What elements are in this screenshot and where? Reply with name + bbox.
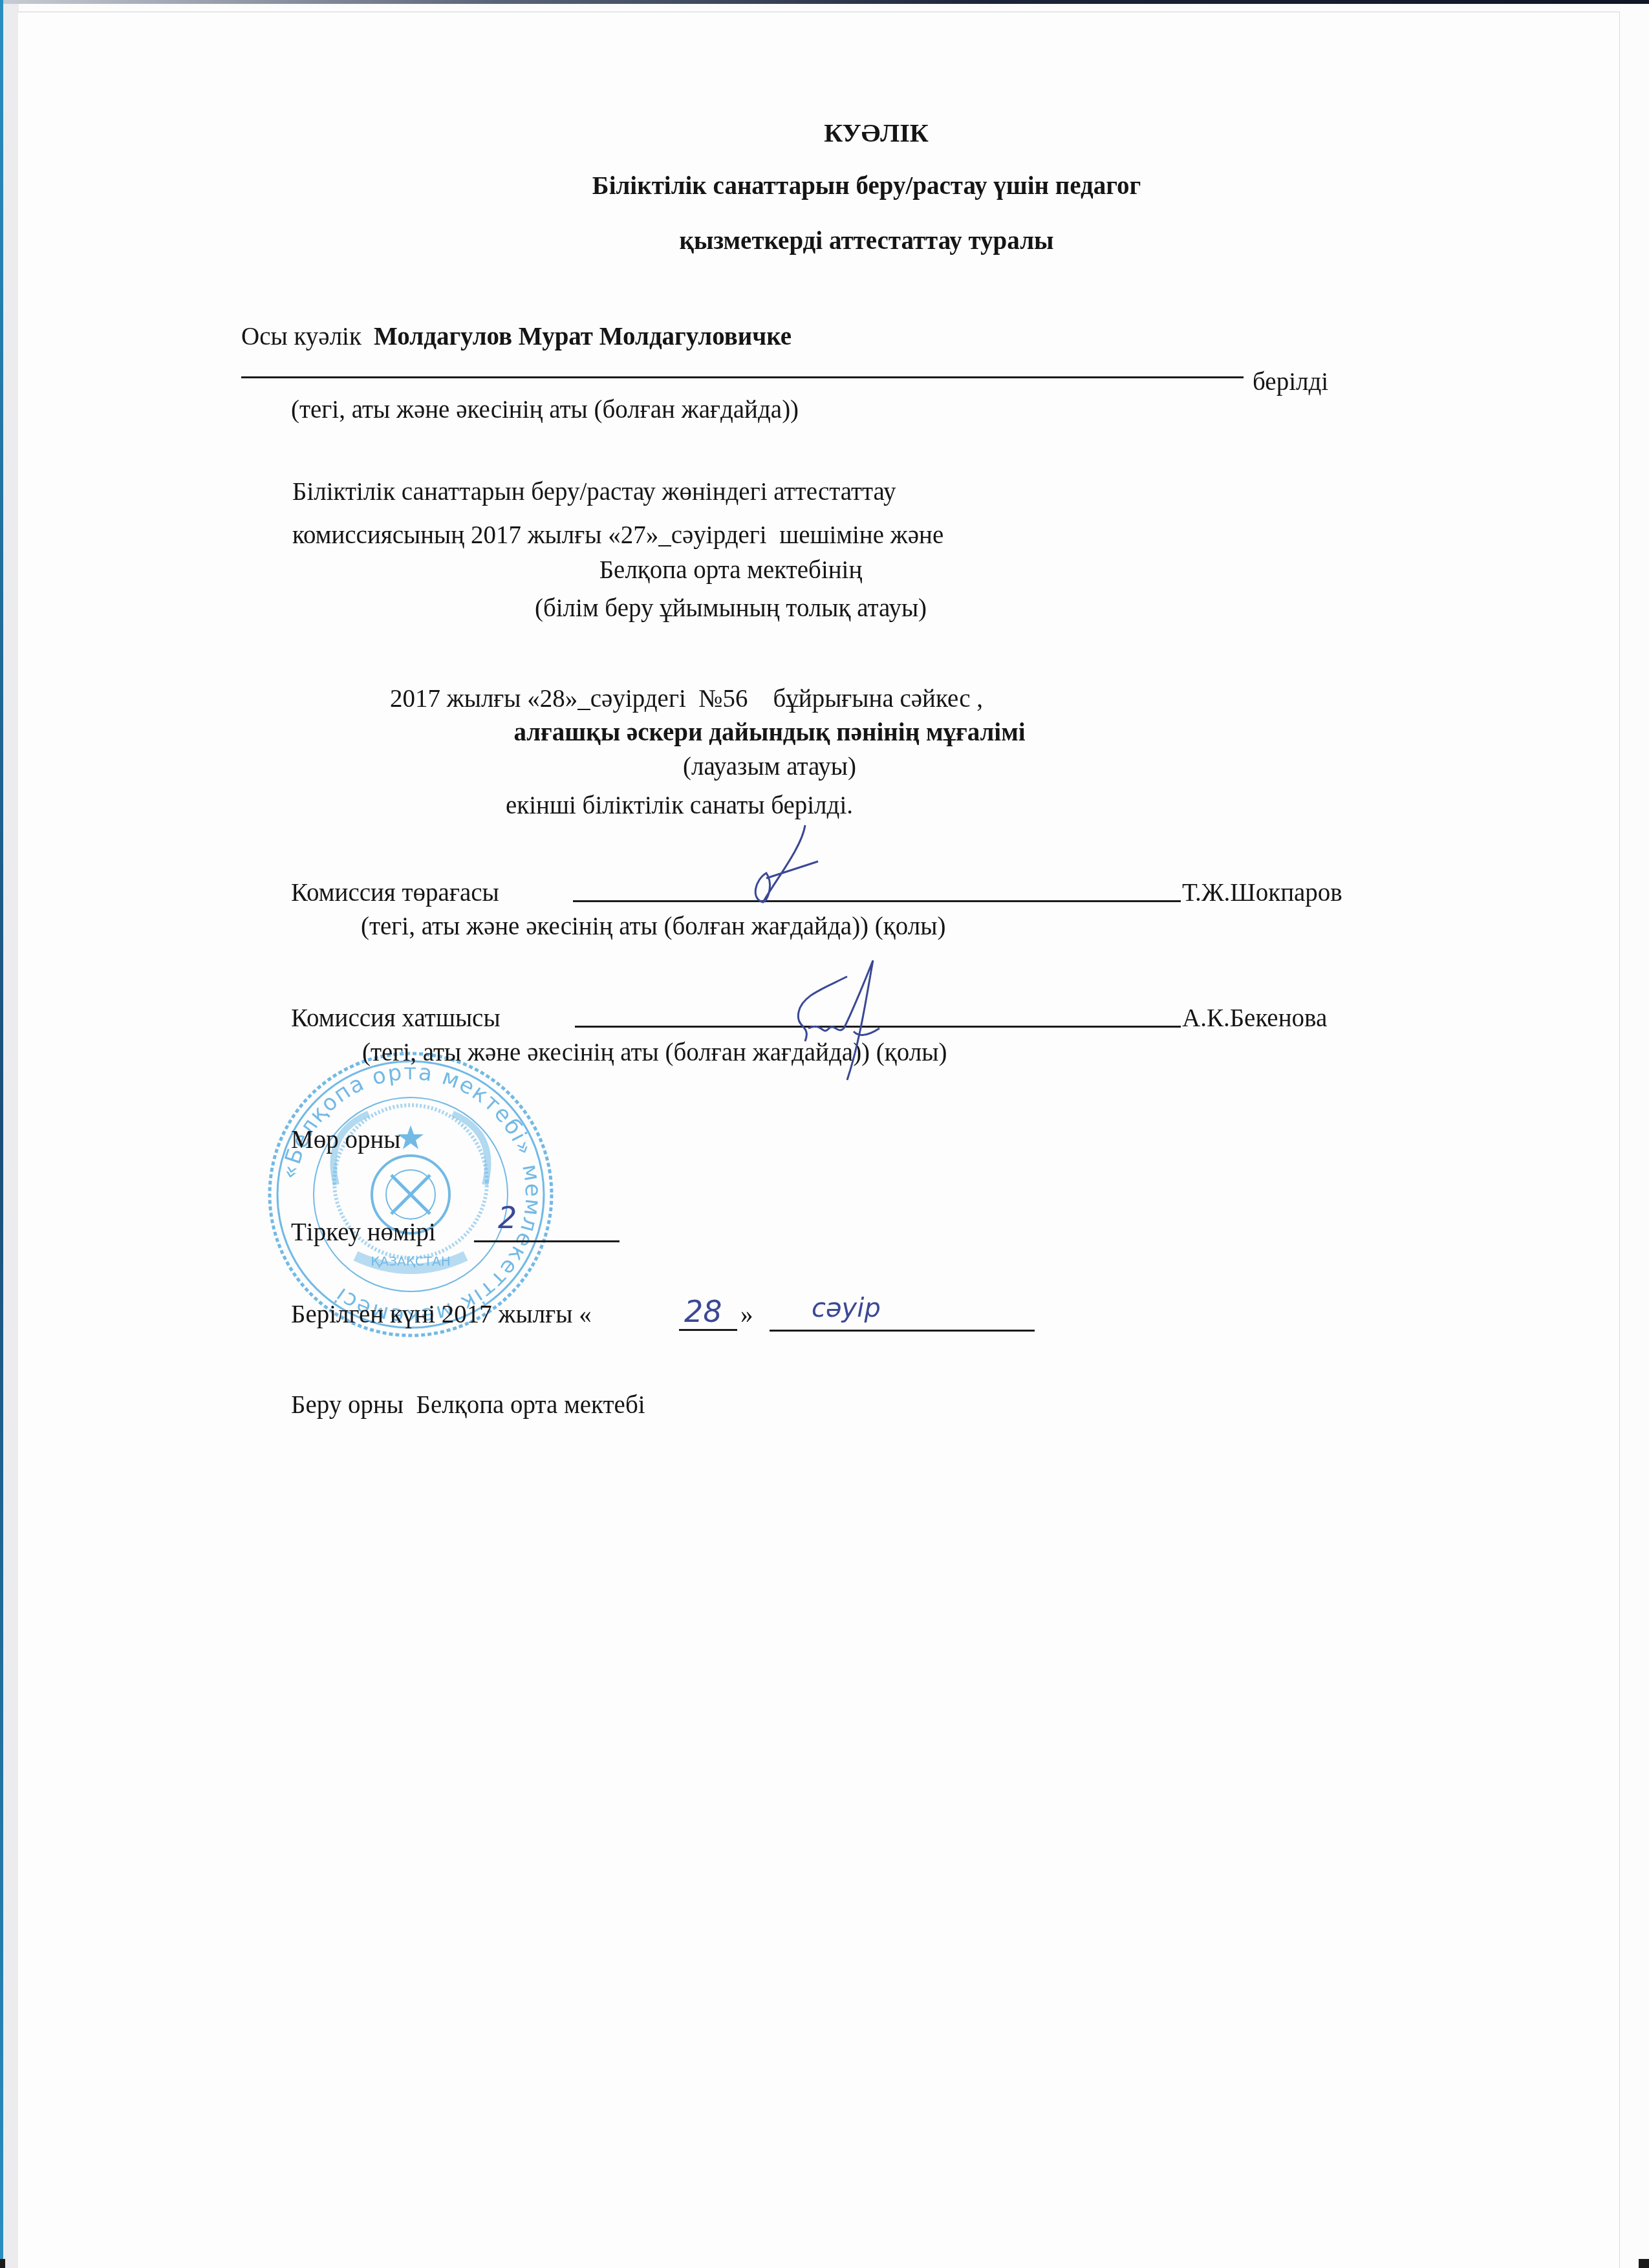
basis-position: алғашқы әскери дайындық пәнінің мұғалімі: [513, 720, 1025, 745]
issue-date-mid: »: [740, 1302, 753, 1327]
basis-position-caption: (лауазым атауы): [683, 754, 856, 779]
secretary-name: А.К.Бекенова: [1182, 1006, 1327, 1031]
basis-org-name: Белқопа орта мектебінің: [599, 557, 863, 583]
seal-place-label: Мөр орны: [291, 1127, 401, 1152]
registration-number-handwritten: 2: [498, 1203, 517, 1233]
document-title: КУӘЛІК: [824, 120, 928, 146]
chairman-name: Т.Ж.Шокпаров: [1182, 880, 1342, 905]
basis-order-line: 2017 жылғы «28»_сәуірдегі №56 бұйрығына …: [390, 686, 983, 711]
recipient-lead: Осы куәлік: [241, 324, 361, 349]
issue-place: Беру орны Белқопа орта мектебі: [291, 1392, 645, 1418]
registration-underline: [474, 1240, 620, 1242]
issue-day-underline: [679, 1329, 737, 1331]
issue-day-handwritten: 28: [684, 1297, 722, 1326]
issue-month-underline: [770, 1330, 1035, 1332]
recipient-caption: (тегі, аты және әкесінің аты (болған жағ…: [291, 397, 799, 422]
secretary-signature-line: [575, 1026, 1181, 1028]
issue-date-prefix: Берілген күні 2017 жылғы «: [291, 1302, 592, 1327]
scanner-margin-left: [3, 4, 19, 2268]
document-subtitle-line2: қызметкерді аттестаттау туралы: [680, 228, 1054, 254]
recipient-name-underline: [241, 376, 1244, 378]
chairman-signature-line: [573, 900, 1181, 902]
chairman-label: Комиссия төрағасы: [291, 880, 499, 905]
chairman-caption: (тегі, аты және әкесінің аты (болған жағ…: [361, 914, 945, 939]
recipient-issued-word: берілді: [1253, 369, 1328, 394]
scanner-edge-left: [0, 0, 3, 2268]
scanner-edge-top: [0, 0, 1649, 4]
secretary-label: Комиссия хатшысы: [291, 1006, 501, 1031]
basis-org-caption: (білім беру ұйымының толық атауы): [535, 596, 927, 621]
recipient-name: Молдагулов Мурат Молдагуловичке: [374, 324, 792, 349]
registration-label: Тіркеу нөмірі: [291, 1220, 436, 1245]
scanner-corner-right: [1639, 2259, 1649, 2268]
scanner-corner-left: [0, 2259, 5, 2268]
document-subtitle-line1: Біліктілік санаттарын беру/растау үшін п…: [592, 173, 1141, 199]
basis-line1: Біліктілік санаттарын беру/растау жөнінд…: [292, 479, 896, 504]
issue-month-handwritten: сәуір: [812, 1295, 881, 1321]
basis-line2: комиссиясының 2017 жылғы «27»_сәуірдегі …: [292, 523, 943, 548]
secretary-caption: (тегі, аты және әкесінің аты (болған жағ…: [362, 1040, 947, 1065]
basis-category-line: екінші біліктілік санаты берілді.: [506, 793, 853, 818]
